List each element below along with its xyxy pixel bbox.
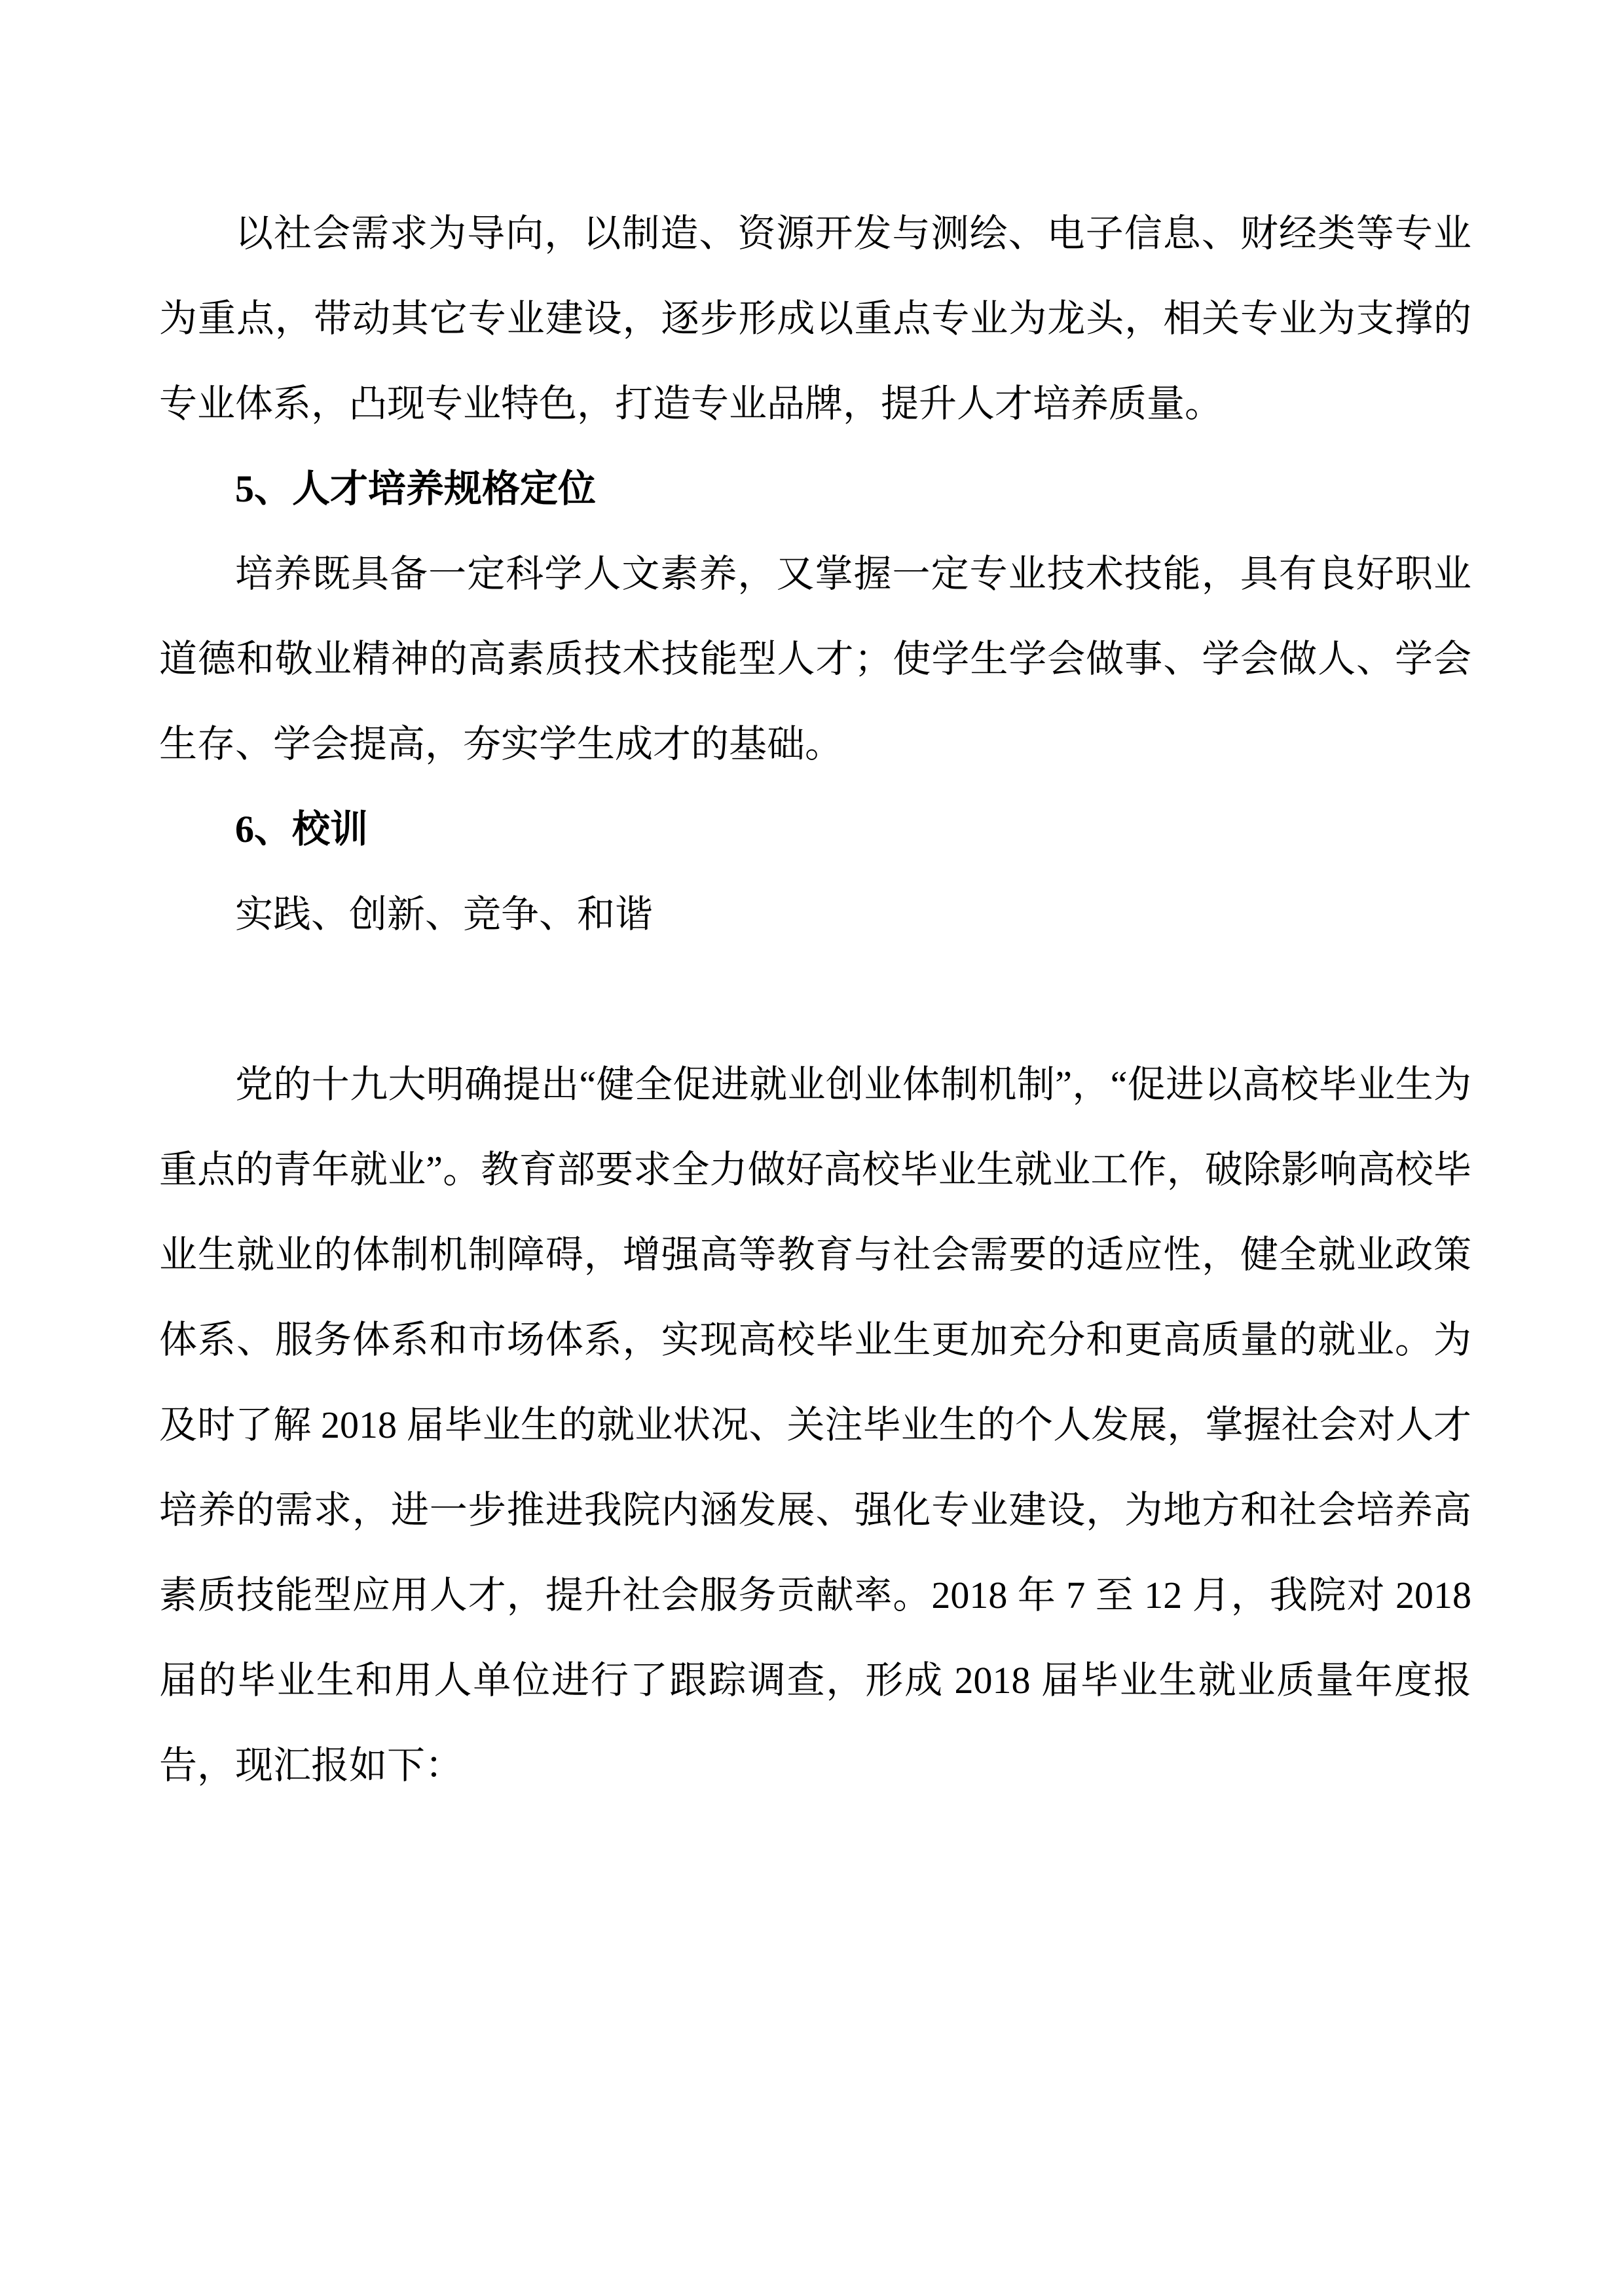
paragraph-talent-training: 培养既具备一定科学人文素养，又掌握一定专业技术技能，具有良好职业道德和敬业精神的… [159,532,1471,787]
heading-school-motto: 6、校训 [159,787,1471,872]
document-page: 以社会需求为导向，以制造、资源开发与测绘、电子信息、财经类等专业为重点，带动其它… [0,0,1624,2296]
blank-line [159,957,1471,1042]
paragraph-employment-report-intro: 党的十九大明确提出“健全促进就业创业体制机制”，“促进以高校毕业生为重点的青年就… [159,1042,1471,1808]
heading-talent-training-specification: 5、人才培养规格定位 [159,446,1471,532]
paragraph-school-motto-text: 实践、创新、竞争、和谐 [159,872,1471,957]
paragraph-professional-system: 以社会需求为导向，以制造、资源开发与测绘、电子信息、财经类等专业为重点，带动其它… [159,191,1471,446]
